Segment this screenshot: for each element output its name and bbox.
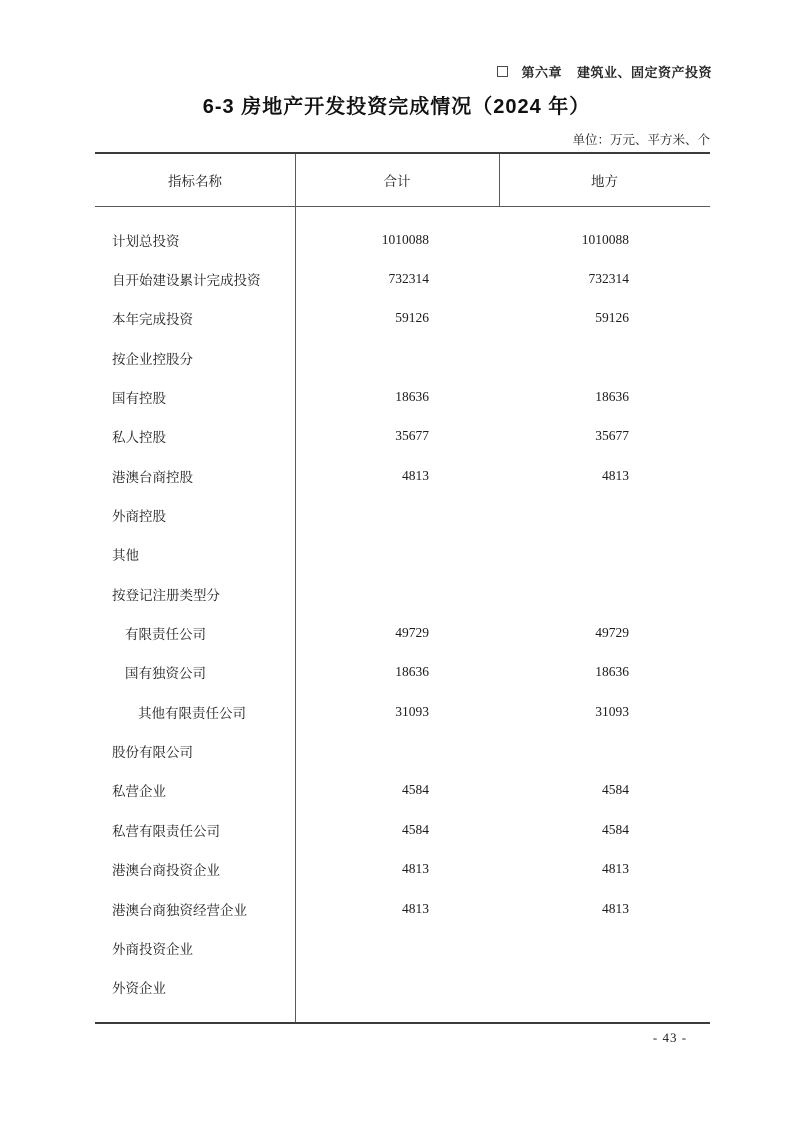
table-row: 股份有限公司 [95,731,710,770]
table-row: 按企业控股分 [95,338,710,377]
row-total-value: 4584 [295,822,499,838]
row-local-value: 49729 [499,625,710,641]
row-indicator-label: 计划总投资 [95,230,295,250]
column-divider-header [499,154,500,207]
row-indicator-label: 国有独资公司 [95,662,295,682]
table-row: 国有独资公司1863618636 [95,653,710,692]
row-total-value: 4584 [295,782,499,798]
table-body: 计划总投资10100881010088自开始建设累计完成投资7323147323… [95,207,710,1022]
row-local-value: 4584 [499,822,710,838]
table-row: 按登记注册类型分 [95,574,710,613]
chapter-number: 第六章 [521,62,562,81]
row-indicator-label: 港澳台商控股 [95,466,295,486]
yearbook-page: 第六章 建筑业、固定资产投资 6-3 房地产开发投资完成情况（2024 年） 单… [0,0,793,1122]
row-local-value: 59126 [499,310,710,326]
table-row: 计划总投资10100881010088 [95,220,710,259]
row-indicator-label: 按登记注册类型分 [95,584,295,604]
column-header-local: 地方 [499,154,710,206]
table-row: 其他 [95,535,710,574]
row-total-value: 4813 [295,901,499,917]
row-local-value: 18636 [499,664,710,680]
table-row: 自开始建设累计完成投资732314732314 [95,259,710,298]
row-local-value: 4584 [499,782,710,798]
row-total-value: 31093 [295,704,499,720]
table-row: 外商控股 [95,495,710,534]
row-indicator-label: 外资企业 [95,977,295,997]
row-total-value: 4813 [295,861,499,877]
row-indicator-label: 外商控股 [95,505,295,525]
row-total-value: 35677 [295,428,499,444]
table-row: 外商投资企业 [95,928,710,967]
table-row: 本年完成投资5912659126 [95,299,710,338]
table-row: 有限责任公司4972949729 [95,613,710,652]
table-title: 6-3 房地产开发投资完成情况（2024 年） [0,90,793,119]
row-total-value: 732314 [295,271,499,287]
row-indicator-label: 私营企业 [95,780,295,800]
column-divider-full [295,154,296,1022]
row-indicator-label: 股份有限公司 [95,741,295,761]
row-indicator-label: 自开始建设累计完成投资 [95,269,295,289]
unit-note: 单位：万元、平方米、个 [572,130,710,148]
row-indicator-label: 按企业控股分 [95,348,295,368]
table-row: 港澳台商控股48134813 [95,456,710,495]
row-indicator-label: 国有控股 [95,387,295,407]
row-local-value: 4813 [499,468,710,484]
row-local-value: 1010088 [499,232,710,248]
row-indicator-label: 私人控股 [95,426,295,446]
chapter-title: 建筑业、固定资产投资 [577,62,712,81]
table-row: 港澳台商投资企业48134813 [95,850,710,889]
row-local-value: 18636 [499,389,710,405]
row-local-value: 4813 [499,861,710,877]
row-indicator-label: 外商投资企业 [95,938,295,958]
row-local-value: 35677 [499,428,710,444]
row-indicator-label: 港澳台商独资经营企业 [95,899,295,919]
row-total-value: 18636 [295,664,499,680]
column-header-total: 合计 [295,154,499,206]
table-row: 私营有限责任公司45844584 [95,810,710,849]
column-header-indicator: 指标名称 [95,154,295,206]
row-local-value: 31093 [499,704,710,720]
page-number: - 43 - [640,1030,700,1046]
table-row: 国有控股1863618636 [95,377,710,416]
table-header-row: 指标名称 合计 地方 [95,154,710,207]
row-total-value: 59126 [295,310,499,326]
row-indicator-label: 其他 [95,544,295,564]
row-indicator-label: 有限责任公司 [95,623,295,643]
table-row: 私人控股3567735677 [95,417,710,456]
table-row: 其他有限责任公司3109331093 [95,692,710,731]
row-indicator-label: 其他有限责任公司 [95,702,295,722]
row-total-value: 4813 [295,468,499,484]
row-indicator-label: 港澳台商投资企业 [95,859,295,879]
table-row: 外资企业 [95,968,710,1007]
table-row: 港澳台商独资经营企业48134813 [95,889,710,928]
row-indicator-label: 本年完成投资 [95,308,295,328]
row-local-value: 732314 [499,271,710,287]
row-local-value: 4813 [499,901,710,917]
statistics-table: 指标名称 合计 地方 计划总投资10100881010088自开始建设累计完成投… [95,152,710,1024]
row-total-value: 49729 [295,625,499,641]
chapter-box-icon [497,66,508,77]
row-total-value: 18636 [295,389,499,405]
running-header: 第六章 建筑业、固定资产投资 [497,62,712,81]
table-row: 私营企业45844584 [95,771,710,810]
row-indicator-label: 私营有限责任公司 [95,820,295,840]
row-total-value: 1010088 [295,232,499,248]
